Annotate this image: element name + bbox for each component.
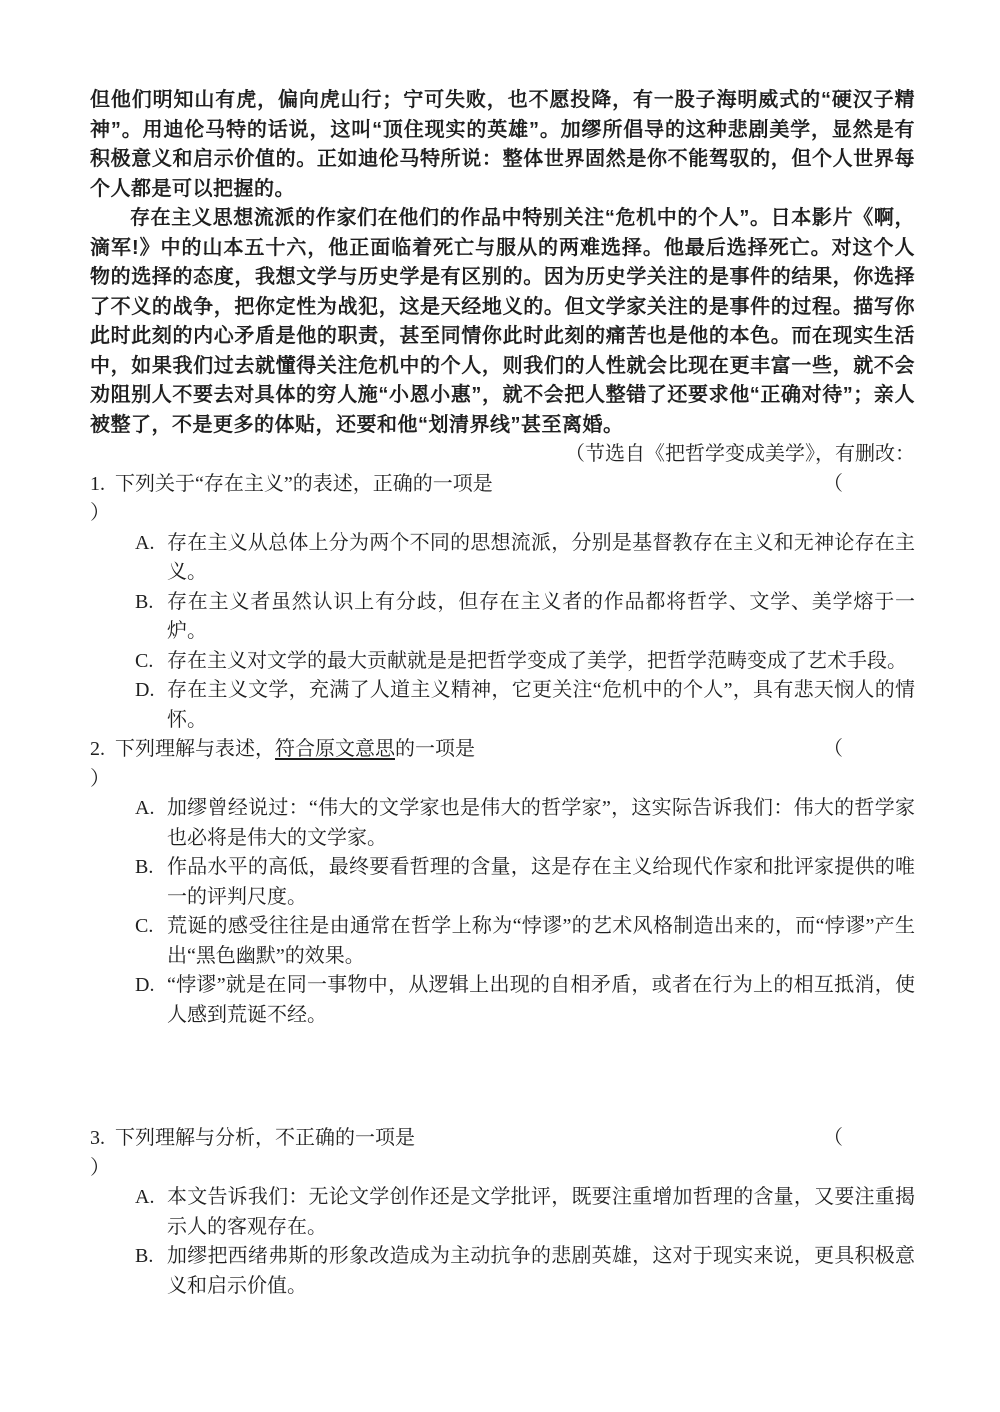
option-text: 存在主义者虽然认识上有分歧，但存在主义者的作品都将哲学、文学、美学熔于一炉。 bbox=[167, 588, 915, 647]
option-label: D. bbox=[135, 971, 167, 1030]
question-3-stem: 下列理解与分析，不正确的一项是 bbox=[115, 1124, 415, 1154]
option-label: A. bbox=[135, 794, 167, 853]
option-text: 存在主义文学，充满了人道主义精神，它更关注“危机中的个人”，具有悲天悯人的情怀。 bbox=[167, 676, 915, 735]
question-2-stem-pre: 下列理解与表述， bbox=[115, 738, 275, 760]
passage-paragraph-1: 但他们明知山有虎，偏向虎山行；宁可失败，也不愿投降，有一股子海明威式的“硬汉子精… bbox=[90, 86, 915, 204]
option-label: B. bbox=[135, 853, 167, 912]
question-2-option-d: D. “悖谬”就是在同一事物中，从逻辑上出现的自相矛盾，或者在行为上的相互抵消，… bbox=[90, 971, 915, 1030]
exam-page: 但他们明知山有虎，偏向虎山行；宁可失败，也不愿投降，有一股子海明威式的“硬汉子精… bbox=[0, 0, 1000, 1412]
question-3: 3. 下列理解与分析，不正确的一项是 （ ） A. 本文告诉我们：无论文学创作还… bbox=[90, 1124, 915, 1301]
option-label: B. bbox=[135, 1242, 167, 1301]
option-text: 存在主义从总体上分为两个不同的思想流派，分别是基督教存在主义和无神论存在主义。 bbox=[167, 529, 915, 588]
option-text: “悖谬”就是在同一事物中，从逻辑上出现的自相矛盾，或者在行为上的相互抵消，使人感… bbox=[167, 971, 915, 1030]
question-1-stem-line: 1. 下列关于“存在主义”的表述，正确的一项是 （ bbox=[90, 470, 915, 500]
reading-passage: 但他们明知山有虎，偏向虎山行；宁可失败，也不愿投降，有一股子海明威式的“硬汉子精… bbox=[90, 86, 915, 440]
question-1: 1. 下列关于“存在主义”的表述，正确的一项是 （ ） A. 存在主义从总体上分… bbox=[90, 470, 915, 736]
option-text: 荒诞的感受往往是由通常在哲学上称为“悖谬”的艺术风格制造出来的，而“悖谬”产生出… bbox=[167, 912, 915, 971]
option-text: 加缪曾经说过：“伟大的文学家也是伟大的哲学家”，这实际告诉我们：伟大的哲学家也必… bbox=[167, 794, 915, 853]
question-2-number: 2. bbox=[90, 735, 105, 765]
question-3-number: 3. bbox=[90, 1124, 105, 1154]
option-label: A. bbox=[135, 529, 167, 588]
question-3-close-paren: ） bbox=[90, 1154, 915, 1184]
question-2: 2. 下列理解与表述，符合原文意思的一项是 （ ） A. 加缪曾经说过：“伟大的… bbox=[90, 735, 915, 1030]
option-label: C. bbox=[135, 647, 167, 677]
question-1-option-d: D. 存在主义文学，充满了人道主义精神，它更关注“危机中的个人”，具有悲天悯人的… bbox=[90, 676, 915, 735]
question-1-close-paren: ） bbox=[90, 499, 915, 529]
option-label: B. bbox=[135, 588, 167, 647]
option-text: 本文告诉我们：无论文学创作还是文学批评，既要注重增加哲理的含量，又要注重揭示人的… bbox=[167, 1183, 915, 1242]
question-2-stem: 下列理解与表述，符合原文意思的一项是 bbox=[115, 735, 475, 765]
question-3-open-paren: （ bbox=[823, 1124, 915, 1154]
option-label: C. bbox=[135, 912, 167, 971]
question-2-stem-post: 的一项是 bbox=[395, 738, 475, 760]
question-3-option-a: A. 本文告诉我们：无论文学创作还是文学批评，既要注重增加哲理的含量，又要注重揭… bbox=[90, 1183, 915, 1242]
question-1-option-a: A. 存在主义从总体上分为两个不同的思想流派，分别是基督教存在主义和无神论存在主… bbox=[90, 529, 915, 588]
question-3-stem-line: 3. 下列理解与分析，不正确的一项是 （ bbox=[90, 1124, 915, 1154]
option-label: A. bbox=[135, 1183, 167, 1242]
question-2-close-paren: ） bbox=[90, 765, 915, 795]
question-2-stem-underline: 符合原文意思 bbox=[275, 738, 395, 760]
blank-gap bbox=[90, 1030, 915, 1124]
passage-paragraph-2: 存在主义思想流派的作家们在他们的作品中特别关注“危机中的个人”。日本影片《啊，滴… bbox=[90, 204, 915, 440]
option-text: 存在主义对文学的最大贡献就是是把哲学变成了美学，把哲学范畴变成了艺术手段。 bbox=[167, 647, 915, 677]
option-label: D. bbox=[135, 676, 167, 735]
question-1-option-c: C. 存在主义对文学的最大贡献就是是把哲学变成了美学，把哲学范畴变成了艺术手段。 bbox=[90, 647, 915, 677]
question-1-open-paren: （ bbox=[823, 470, 915, 500]
source-citation: （节选自《把哲学变成美学》，有删改： bbox=[90, 440, 915, 470]
option-text: 加缪把西绪弗斯的形象改造成为主动抗争的悲剧英雄，这对于现实来说，更具积极意义和启… bbox=[167, 1242, 915, 1301]
question-2-open-paren: （ bbox=[823, 735, 915, 765]
question-2-option-b: B. 作品水平的高低，最终要看哲理的含量，这是存在主义给现代作家和批评家提供的唯… bbox=[90, 853, 915, 912]
question-1-stem: 下列关于“存在主义”的表述，正确的一项是 bbox=[115, 470, 493, 500]
option-text: 作品水平的高低，最终要看哲理的含量，这是存在主义给现代作家和批评家提供的唯一的评… bbox=[167, 853, 915, 912]
question-2-stem-line: 2. 下列理解与表述，符合原文意思的一项是 （ bbox=[90, 735, 915, 765]
question-3-stem-pre: 下列理解与分析，不正确的一项是 bbox=[115, 1127, 415, 1149]
question-3-option-b: B. 加缪把西绪弗斯的形象改造成为主动抗争的悲剧英雄，这对于现实来说，更具积极意… bbox=[90, 1242, 915, 1301]
question-1-number: 1. bbox=[90, 470, 105, 500]
question-2-option-a: A. 加缪曾经说过：“伟大的文学家也是伟大的哲学家”，这实际告诉我们：伟大的哲学… bbox=[90, 794, 915, 853]
question-1-stem-pre: 下列关于“存在主义”的表述，正确的一项是 bbox=[115, 473, 493, 495]
question-2-option-c: C. 荒诞的感受往往是由通常在哲学上称为“悖谬”的艺术风格制造出来的，而“悖谬”… bbox=[90, 912, 915, 971]
question-1-option-b: B. 存在主义者虽然认识上有分歧，但存在主义者的作品都将哲学、文学、美学熔于一炉… bbox=[90, 588, 915, 647]
